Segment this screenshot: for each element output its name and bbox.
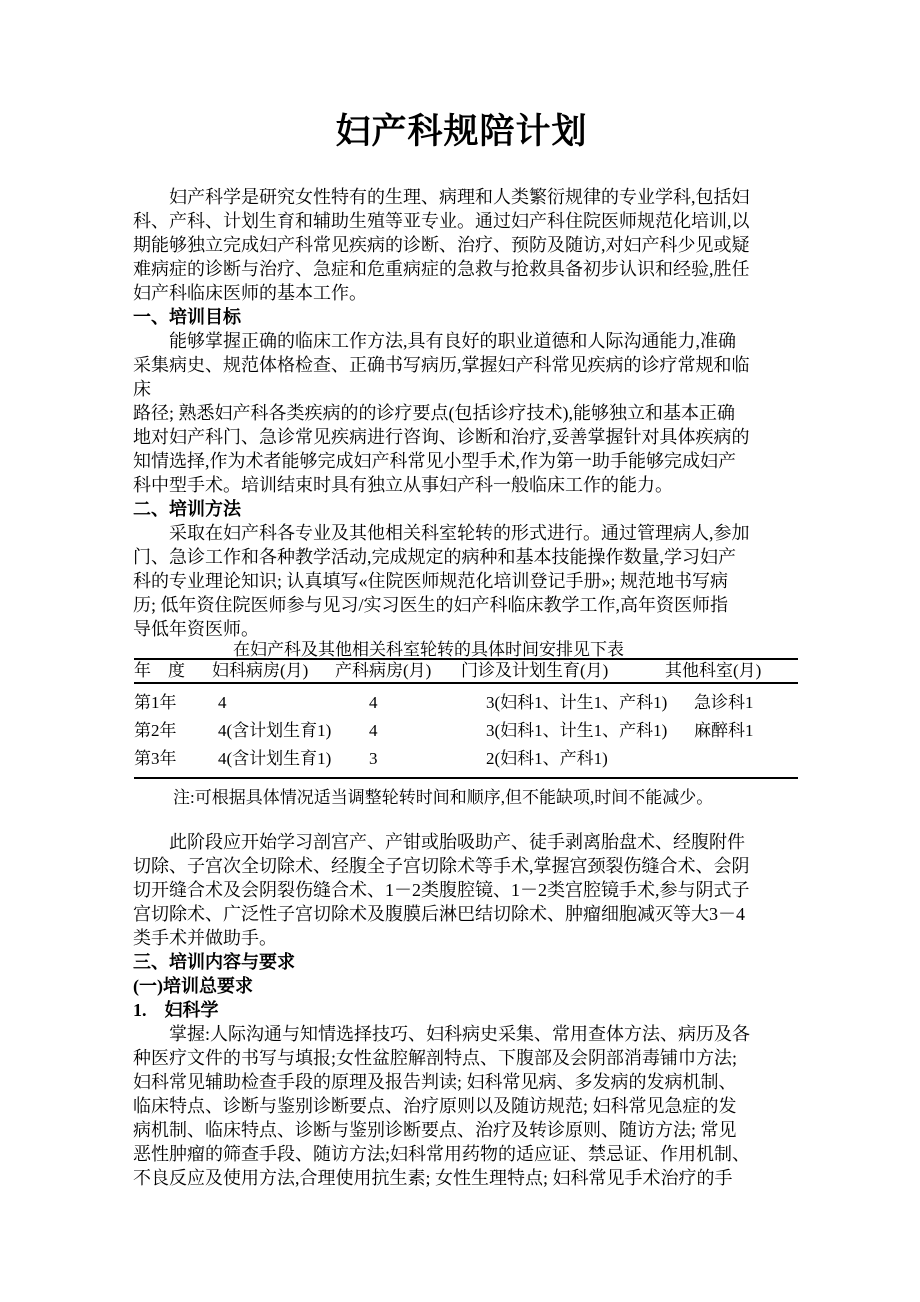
cell-year: 第3年 — [134, 745, 212, 778]
section3-subheading-gynecology: 1. 妇科学 — [133, 998, 790, 1022]
schedule-table-caption: 在妇产科及其他相关科室轮转的具体时间安排见下表 — [233, 641, 790, 658]
cell-year: 第1年 — [134, 683, 212, 717]
section1-heading: 一、培训目标 — [133, 305, 790, 329]
section3-paragraph: 掌握:人际沟通与知情选择技巧、妇科病史采集、常用查体方法、病历及各 种医疗文件的… — [133, 1022, 790, 1190]
cell-other-dept: 急诊科1 — [665, 683, 798, 717]
cell-outpatient-fp: 3(妇科1、计生1、产科1) — [461, 683, 665, 717]
schedule-table-note: 注:可根据具体情况适当调整轮转时间和顺序,但不能缺项,时间不能减少。 — [173, 787, 790, 809]
header-ob-ward: 产科病房(月) — [335, 659, 461, 683]
stage-paragraph: 此阶段应开始学习剖宫产、产钳或胎吸助产、徒手剥离胎盘术、经腹附件 切除、子宫次全… — [133, 830, 790, 950]
cell-outpatient-fp: 2(妇科1、产科1) — [461, 745, 665, 778]
section2-heading: 二、培训方法 — [133, 497, 790, 521]
cell-ob-ward: 3 — [335, 745, 461, 778]
rotation-schedule-table: 年 度 妇科病房(月) 产科病房(月) 门诊及计划生育(月) 其他科室(月) 第… — [134, 658, 798, 779]
cell-ob-ward: 4 — [335, 683, 461, 717]
document-page: 妇产科规陪计划 妇产科学是研究女性特有的生理、病理和人类繁衍规律的专业学科,包括… — [0, 0, 920, 1302]
section3-heading: 三、培训内容与要求 — [133, 950, 790, 974]
intro-paragraph: 妇产科学是研究女性特有的生理、病理和人类繁衍规律的专业学科,包括妇 科、产科、计… — [133, 185, 790, 305]
document-title: 妇产科规陪计划 — [133, 108, 790, 156]
cell-gyn-ward: 4(含计划生育1) — [212, 745, 335, 778]
table-row: 第1年 4 4 3(妇科1、计生1、产科1) 急诊科1 — [134, 683, 798, 717]
header-gyn-ward: 妇科病房(月) — [212, 659, 335, 683]
cell-other-dept: 麻醉科1 — [665, 717, 798, 745]
cell-gyn-ward: 4(含计划生育1) — [212, 717, 335, 745]
table-row: 第3年 4(含计划生育1) 3 2(妇科1、产科1) — [134, 745, 798, 778]
cell-ob-ward: 4 — [335, 717, 461, 745]
cell-outpatient-fp: 3(妇科1、计生1、产科1) — [461, 717, 665, 745]
section3-subheading-general: (一)培训总要求 — [133, 974, 790, 998]
header-other-dept: 其他科室(月) — [665, 659, 798, 683]
cell-other-dept — [665, 745, 798, 778]
header-year: 年 度 — [134, 659, 212, 683]
table-header-row: 年 度 妇科病房(月) 产科病房(月) 门诊及计划生育(月) 其他科室(月) — [134, 659, 798, 683]
section1-paragraph: 能够掌握正确的临床工作方法,具有良好的职业道德和人际沟通能力,准确 采集病史、规… — [133, 329, 790, 497]
cell-gyn-ward: 4 — [212, 683, 335, 717]
section2-paragraph: 采取在妇产科各专业及其他相关科室轮转的形式进行。通过管理病人,参加 门、急诊工作… — [133, 521, 790, 641]
cell-year: 第2年 — [134, 717, 212, 745]
header-outpatient-fp: 门诊及计划生育(月) — [461, 659, 665, 683]
table-row: 第2年 4(含计划生育1) 4 3(妇科1、计生1、产科1) 麻醉科1 — [134, 717, 798, 745]
